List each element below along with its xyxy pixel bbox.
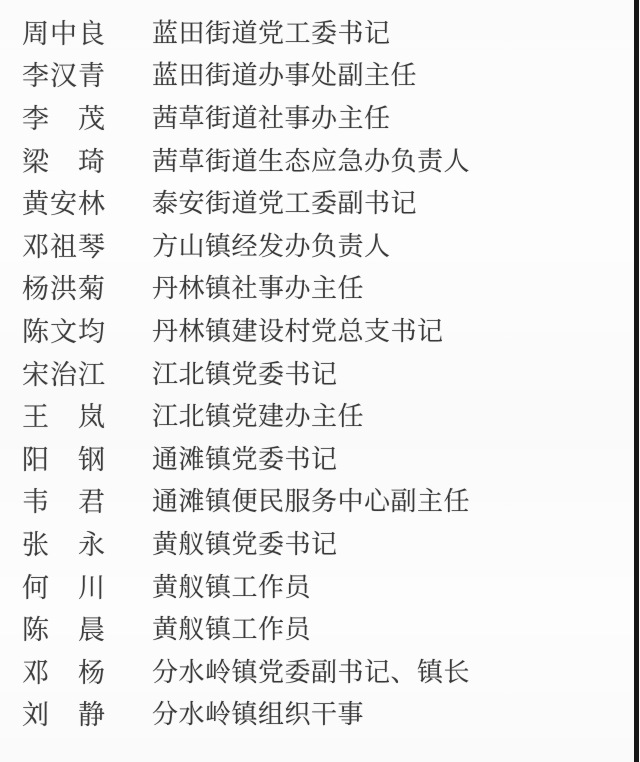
person-title: 分水岭镇组织干事 [152, 694, 364, 731]
person-name: 李 茂 [22, 97, 152, 136]
list-item: 黄安林 泰安街道党工委副书记 [22, 180, 606, 223]
person-name: 邓 杨 [22, 651, 152, 690]
person-name: 李汉青 [22, 54, 152, 93]
list-item: 梁 琦 茜草街道生态应急办负责人 [22, 138, 606, 181]
list-item: 杨洪菊 丹林镇社事办主任 [22, 266, 606, 309]
person-title: 蓝田街道办事处副主任 [152, 55, 417, 92]
person-name: 韦 君 [22, 480, 152, 519]
person-name: 何 川 [22, 566, 152, 605]
person-title: 茜草街道社事办主任 [152, 98, 391, 135]
person-name: 邓祖琴 [22, 225, 152, 264]
person-title: 茜草街道生态应急办负责人 [152, 141, 470, 178]
person-name: 陈 晨 [22, 608, 152, 647]
person-title: 通滩镇便民服务中心副主任 [152, 481, 470, 518]
person-title: 泰安街道党工委副书记 [152, 183, 417, 220]
person-name: 张 永 [22, 523, 152, 562]
list-item: 王 岚 江北镇党建办主任 [22, 393, 606, 436]
person-name: 阳 钢 [22, 438, 152, 477]
person-title: 通滩镇党委书记 [152, 439, 338, 476]
person-name: 黄安林 [22, 182, 152, 221]
document-page: 周中良 蓝田街道党工委书记 李汉青 蓝田街道办事处副主任 李 茂 茜草街道社事办… [0, 0, 640, 762]
person-name: 王 岚 [22, 395, 152, 434]
person-name: 梁 琦 [22, 140, 152, 179]
person-title: 方山镇经发办负责人 [152, 226, 391, 263]
list-item: 刘 静 分水岭镇组织干事 [22, 692, 606, 735]
list-item: 李 茂 茜草街道社事办主任 [22, 95, 606, 138]
person-title: 蓝田街道党工委书记 [152, 13, 391, 50]
person-title: 黄舣镇党委书记 [152, 524, 338, 561]
list-item: 陈 晨 黄舣镇工作员 [22, 606, 606, 649]
list-item: 张 永 黄舣镇党委书记 [22, 521, 606, 564]
person-name: 宋治江 [22, 353, 152, 392]
list-item: 何 川 黄舣镇工作员 [22, 564, 606, 607]
list-item: 宋治江 江北镇党委书记 [22, 351, 606, 394]
person-name: 刘 静 [22, 693, 152, 732]
person-name: 周中良 [22, 12, 152, 51]
personnel-roster-list: 周中良 蓝田街道党工委书记 李汉青 蓝田街道办事处副主任 李 茂 茜草街道社事办… [22, 10, 606, 734]
person-title: 丹林镇建设村党总支书记 [152, 311, 444, 348]
person-title: 分水岭镇党委副书记、镇长 [152, 652, 470, 689]
list-item: 邓祖琴 方山镇经发办负责人 [22, 223, 606, 266]
list-item: 李汉青 蓝田街道办事处副主任 [22, 53, 606, 96]
right-edge-line [634, 0, 639, 762]
person-title: 江北镇党委书记 [152, 354, 338, 391]
list-item: 阳 钢 通滩镇党委书记 [22, 436, 606, 479]
person-name: 杨洪菊 [22, 267, 152, 306]
person-name: 陈文均 [22, 310, 152, 349]
person-title: 丹林镇社事办主任 [152, 268, 364, 305]
list-item: 陈文均 丹林镇建设村党总支书记 [22, 308, 606, 351]
person-title: 黄舣镇工作员 [152, 567, 311, 604]
person-title: 江北镇党建办主任 [152, 396, 364, 433]
person-title: 黄舣镇工作员 [152, 609, 311, 646]
list-item: 周中良 蓝田街道党工委书记 [22, 10, 606, 53]
list-item: 邓 杨 分水岭镇党委副书记、镇长 [22, 649, 606, 692]
list-item: 韦 君 通滩镇便民服务中心副主任 [22, 479, 606, 522]
